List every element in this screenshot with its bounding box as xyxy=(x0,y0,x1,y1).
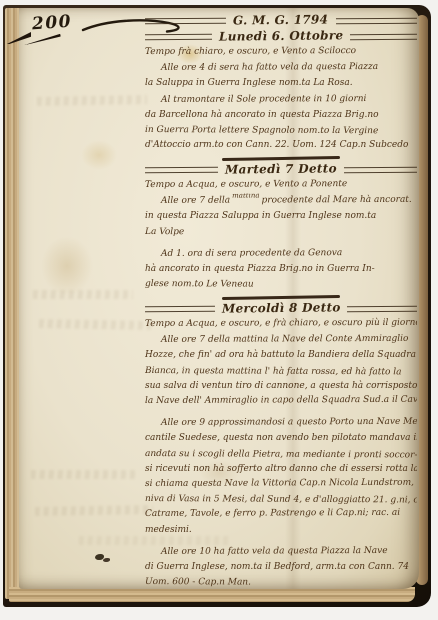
year-header: G. M. G. 1794 xyxy=(233,12,328,28)
paragraph: Tempo a Acqua, e oscuro, e Vento a Ponen… xyxy=(145,178,417,193)
sections-container: Lunedì 6. OttobreTempo frà chiaro, e osc… xyxy=(145,29,417,590)
manuscript-line: Tempo a Acqua, e oscuro, e Vento a Ponen… xyxy=(145,177,417,193)
double-rule xyxy=(350,33,417,39)
double-rule xyxy=(145,305,215,311)
double-rule xyxy=(145,33,212,39)
interline-insertion: mattina xyxy=(232,193,259,204)
double-rule xyxy=(344,166,417,173)
date-header: Lunedì 6. Ottobre xyxy=(219,28,344,45)
manuscript-line: Tempo a Acqua, e oscuro, e frà chiaro, e… xyxy=(145,316,417,332)
date-header: Martedì 7 Detto xyxy=(225,161,337,177)
paragraph: Ad 1. ora di sera procedente da Genovahà… xyxy=(145,247,417,293)
double-rule xyxy=(145,166,218,173)
manuscript-line: sua salva di ventun tiro di cannone, a q… xyxy=(145,379,417,394)
manuscript-line: Al tramontare il Sole procedente in 10 g… xyxy=(145,91,417,107)
paragraph: Tempo a Acqua, e oscuro, e frà chiaro, e… xyxy=(145,317,417,332)
bleed-through-smudge xyxy=(37,95,147,106)
paragraph: Alle ore 7 della mattina la Nave del Con… xyxy=(145,333,417,409)
manuscript-line: Tempo frà chiaro, e oscuro, e Vento a Sc… xyxy=(145,44,417,60)
manuscript-line: La Volpe xyxy=(145,225,417,242)
paragraph: Alle ore 10 ha fatto vela da questa Piaz… xyxy=(145,545,417,591)
bleed-through-smudge xyxy=(35,505,153,516)
section-separator-rule xyxy=(222,156,340,161)
bleed-through-smudge xyxy=(39,319,151,330)
manuscript-page: 200 G. M. G. 1794 xyxy=(19,8,419,589)
manuscript-line: Alle ore 9 approssimandosi a questo Port… xyxy=(145,415,417,431)
date-header-row: Martedì 7 Detto xyxy=(145,162,417,177)
paragraph: Alle ore 7 dellamattinaprocedente dal Ma… xyxy=(145,194,417,240)
manuscript-line: in questa Piazza Saluppa in Guerra Ingle… xyxy=(145,209,417,224)
bleed-through-smudge xyxy=(31,470,135,479)
manuscript-line: si chiama questa Nave la Vittoria Cap.n … xyxy=(145,476,417,492)
manuscript-line: Bianca, in questa mattina l' hà fatta ro… xyxy=(145,364,417,381)
manuscript-line: la Nave dell' Ammiraglio in capo della S… xyxy=(145,393,417,409)
paragraph: Alle ore 9 approssimandosi a questo Port… xyxy=(145,416,417,538)
manuscript-line: Hozze, che fin' ad ora hà battuto la Ban… xyxy=(145,348,417,363)
manuscript-line: si ricevuti non hà sofferto altro danno … xyxy=(145,462,417,477)
line-text: Alle ore 7 della xyxy=(161,196,230,206)
date-header-row: Lunedì 6. Ottobre xyxy=(145,29,417,44)
date-header: Mercoldì 8 Detto xyxy=(222,300,341,316)
manuscript-line: andata su i scogli della Pietra, ma medi… xyxy=(145,447,417,464)
double-rule xyxy=(145,17,226,24)
section-separator-rule xyxy=(222,295,340,300)
manuscript-line: Alle ore 4 di sera ha fatto vela da ques… xyxy=(145,60,417,76)
manuscript-line: glese nom.to Le Veneau xyxy=(145,277,417,294)
manuscript-line: Uom. 600 - Cap.n Man. xyxy=(145,575,417,591)
date-header-row: Mercoldì 8 Detto xyxy=(145,301,417,316)
book-cover-edge: 200 G. M. G. 1794 xyxy=(3,5,431,607)
double-rule xyxy=(347,305,417,311)
manuscript-line: Ad 1. ora di sera procedente da Genova xyxy=(145,246,417,262)
stain xyxy=(81,140,117,170)
manuscript-line: d'Attoccio arm.to con Cann. 22. Uom. 124… xyxy=(145,138,417,153)
manuscript-line: Catrame, Tavole, e ferro p. Pastrengo e … xyxy=(145,506,417,522)
manuscript-line: hà ancorato in questa Piazza Brig.no in … xyxy=(145,262,417,277)
paragraph: Tempo frà chiaro, e oscuro, e Vento a Sc… xyxy=(145,45,417,60)
paragraph: Alle ore 4 di sera ha fatto vela da ques… xyxy=(145,61,417,91)
manuscript-line: in Guerra Porta lettere Spagnolo nom.to … xyxy=(145,123,417,140)
paragraph: Al tramontare il Sole procedente in 10 g… xyxy=(145,93,417,154)
ink-blot xyxy=(95,554,104,560)
manuscript-line: da Barcellona hà ancorato in questa Piaz… xyxy=(145,108,417,123)
manuscript-line: Alle ore 7 della mattina la Nave del Con… xyxy=(145,332,417,348)
manuscript-line: Alle ore 7 dellamattinaprocedente dal Ma… xyxy=(145,193,417,209)
bleed-through-smudge xyxy=(33,290,133,299)
line-text: procedente dal Mare hà ancorat. xyxy=(261,195,411,206)
manuscript-line: la Saluppa in Guerra Inglese nom.ta La R… xyxy=(145,76,417,91)
manuscript-scan: 200 G. M. G. 1794 xyxy=(0,0,438,620)
manuscript-text: G. M. G. 1794 Lunedì 6. OttobreTempo frà… xyxy=(145,12,417,591)
manuscript-line: di Guerra Inglese, nom.ta il Bedford, ar… xyxy=(145,560,417,575)
stain xyxy=(41,236,93,296)
folio-number: 200 xyxy=(31,12,72,35)
double-rule xyxy=(336,17,417,24)
manuscript-line: medesimi. xyxy=(145,523,417,538)
year-header-row: G. M. G. 1794 xyxy=(145,13,417,28)
manuscript-line: cantile Suedese, questa non avendo ben p… xyxy=(145,431,417,446)
manuscript-line: Alle ore 10 ha fatto vela da questa Piaz… xyxy=(145,544,417,560)
